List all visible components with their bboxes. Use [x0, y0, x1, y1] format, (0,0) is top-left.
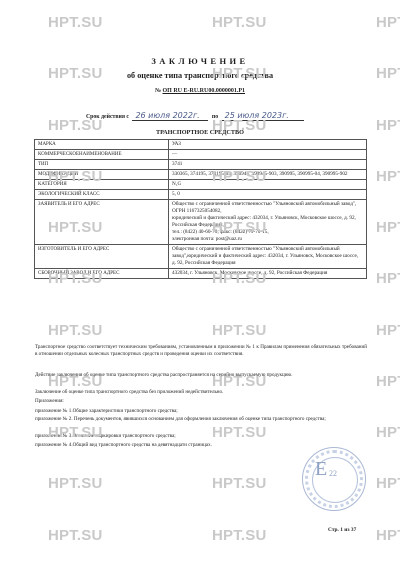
watermark-text: HPT.SU: [376, 270, 400, 287]
body-paragraph: Заключение об оценке типа транспортного …: [35, 389, 367, 396]
stamp-letter: E: [315, 458, 327, 481]
appendix-item: приложение № 3.Описание маркировки транс…: [35, 433, 335, 440]
document-number: № ОП RU E-RU.RU00.0000001.P1: [0, 88, 400, 94]
spec-value: УАЗ: [169, 140, 367, 150]
watermark-text: HPT.SU: [48, 14, 103, 31]
spec-value: 5, 0: [169, 190, 367, 200]
watermark-text: HPT.SU: [376, 424, 400, 441]
validity-to-label: по: [212, 114, 218, 120]
watermark-text: HPT.SU: [376, 322, 400, 339]
spec-key: КОММЕРЧЕСКОЕНАИМЕНОВАНИЕ: [35, 150, 169, 160]
document-number-value: ОП RU E-RU.RU00.0000001.P1: [163, 88, 246, 94]
spec-key: КАТЕГОРИЯ: [35, 180, 169, 190]
watermark-text: HPT.SU: [376, 373, 400, 390]
spec-value: 432034, г. Ульяновск, Московское шоссе, …: [169, 269, 367, 279]
table-row: ТИП3741: [35, 160, 367, 170]
appendix-item: приложение № 4.Общий вид транспортного с…: [35, 442, 335, 449]
watermark-text: HPT.SU: [212, 527, 267, 544]
table-row: ИЗГОТОВИТЕЛЬ И ЕГО АДРЕСОбщество с огран…: [35, 245, 367, 269]
spec-key: ЭКОЛОГИЧЕСКИЙ КЛАСС: [35, 190, 169, 200]
spec-value: 3741: [169, 160, 367, 170]
watermark-text: HPT.SU: [212, 14, 267, 31]
table-row: КОММЕРЧЕСКОЕНАИМЕНОВАНИЕ—: [35, 150, 367, 160]
watermark-text: HPT.SU: [376, 527, 400, 544]
document-number-prefix: №: [155, 88, 163, 94]
body-paragraph: Транспортное средство соответствует техн…: [35, 344, 367, 357]
section-title: ТРАНСПОРТНОЕ СРЕДСТВО: [0, 129, 400, 136]
table-row: СБОРОЧНЫЙ ЗАВОД И ЕГО АДРЕС432034, г. Ул…: [35, 269, 367, 279]
watermark-text: HPT.SU: [48, 322, 103, 339]
spec-value: —: [169, 150, 367, 160]
spec-key: МАРКА: [35, 140, 169, 150]
spec-key: ТИП: [35, 160, 169, 170]
official-stamp: E 22: [302, 447, 366, 511]
table-row: МАРКАУАЗ: [35, 140, 367, 150]
spec-value: Общество с ограниченной ответственностью…: [169, 245, 367, 269]
table-row: КАТЕГОРИЯN₁G: [35, 180, 367, 190]
table-row: ЭКОЛОГИЧЕСКИЙ КЛАСС5, 0: [35, 190, 367, 200]
appendix-item: приложение № 1.Общие характеристики тран…: [35, 408, 335, 415]
spec-value: Общество с ограниченной ответственностью…: [169, 200, 367, 245]
watermark-text: HPT.SU: [48, 527, 103, 544]
document-subtitle: об оценке типа транспортного средства: [0, 71, 400, 80]
validity-from-date: 26 июля 2022г.: [132, 111, 208, 121]
validity-period: Срок действия с 26 июля 2022г. по 25 июл…: [86, 111, 306, 121]
watermark-text: HPT.SU: [376, 219, 400, 236]
spec-value: N₁G: [169, 180, 367, 190]
body-paragraph: Действие заключения об оценке типа транс…: [35, 372, 367, 379]
watermark-text: HPT.SU: [376, 168, 400, 185]
validity-label: Срок действия с: [86, 114, 129, 120]
spec-value: 330365, 374195, 374195-05, 390945, 39094…: [169, 170, 367, 180]
watermark-text: HPT.SU: [212, 475, 267, 492]
stamp-number: 22: [329, 469, 337, 478]
validity-to-date: 25 июля 2023г.: [222, 111, 304, 121]
table-row: МОДИФИКАЦИИ330365, 374195, 374195-05, 39…: [35, 170, 367, 180]
watermark-text: HPT.SU: [48, 475, 103, 492]
appendix-item: приложение № 2. Перечень документов, яви…: [35, 416, 367, 423]
table-row: ЗАЯВИТЕЛЬ И ЕГО АДРЕСОбщество с ограниче…: [35, 200, 367, 245]
spec-key: МОДИФИКАЦИИ: [35, 170, 169, 180]
vehicle-spec-table: МАРКАУАЗКОММЕРЧЕСКОЕНАИМЕНОВАНИЕ—ТИП3741…: [34, 139, 367, 279]
appendices-heading: Приложения:: [35, 398, 367, 405]
spec-key: ИЗГОТОВИТЕЛЬ И ЕГО АДРЕС: [35, 245, 169, 269]
spec-key: ЗАЯВИТЕЛЬ И ЕГО АДРЕС: [35, 200, 169, 245]
watermark-text: HPT.SU: [212, 322, 267, 339]
page-indicator: Стр. 1 из 37: [328, 527, 356, 533]
watermark-text: HPT.SU: [376, 14, 400, 31]
document-title: ЗАКЛЮЧЕНИЕ: [0, 56, 400, 66]
watermark-text: HPT.SU: [376, 475, 400, 492]
spec-key: СБОРОЧНЫЙ ЗАВОД И ЕГО АДРЕС: [35, 269, 169, 279]
